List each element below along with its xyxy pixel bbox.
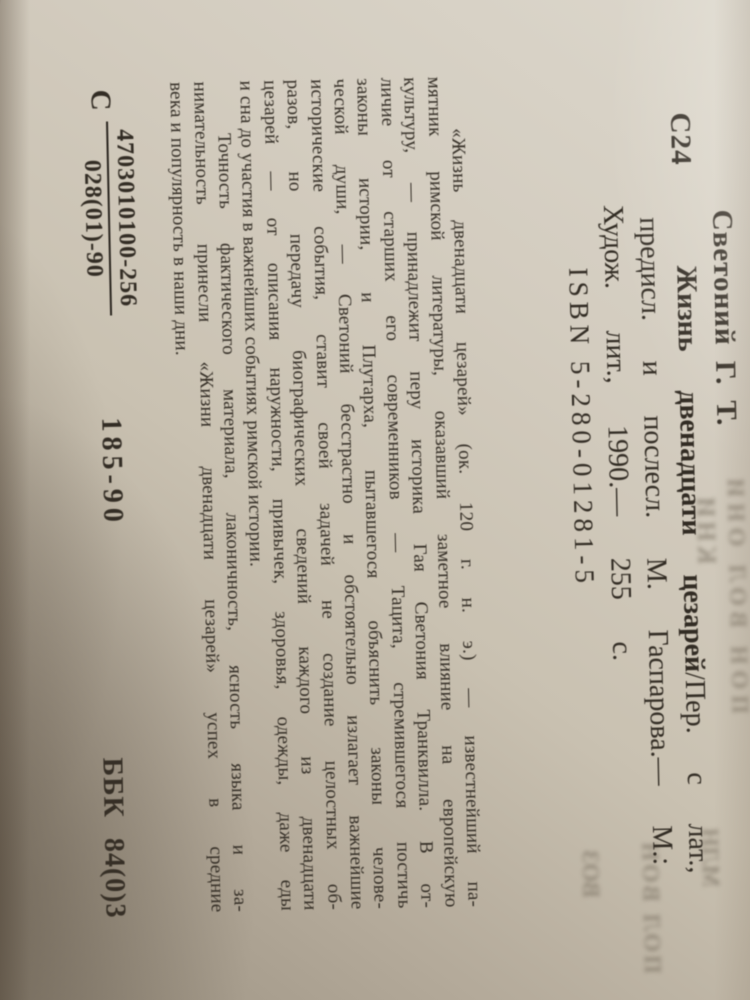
catalog-numerator: 4703010100-256 — [108, 121, 141, 316]
title-translation-note: /Пер. с лат., — [679, 672, 714, 874]
publication-line: Худож. лит., 1990.— 255 с. — [596, 205, 638, 662]
catalog-number-fraction: 4703010100-256 028(01)-90 — [77, 121, 141, 316]
page-content: ПОН ВОЛ ОНИ КНИ МЛН ПОЛ ВОН ВОЗ Светоний… — [0, 0, 750, 1000]
bbk-code: ББК 84(0)3 — [95, 757, 130, 919]
classification-code: С24 — [663, 112, 697, 166]
catalog-order-number: 185-90 — [94, 417, 128, 527]
book-page: ПОН ВОЛ ОНИ КНИ МЛН ПОЛ ВОН ВОЗ Светоний… — [0, 0, 750, 1000]
book-page-photo: ПОН ВОЛ ОНИ КНИ МЛН ПОЛ ВОН ВОЗ Светоний… — [0, 0, 750, 1000]
author-line: Светоний Г. Т. — [705, 209, 743, 426]
isbn-line: ISBN 5-280-01281-5 — [562, 267, 600, 588]
showthrough-text: ВОЗ — [575, 850, 603, 898]
book-title: Жизнь двенадцати цезарей — [670, 265, 710, 672]
annotation-block: «Жизнь двенадцати цезарей» (ок. 120 г. н… — [164, 76, 486, 913]
catalog-denominator: 028(01)-90 — [77, 122, 112, 317]
showthrough-text: ПОН ВОЛ ОНИ — [721, 472, 750, 714]
catalog-prefix: С — [83, 89, 116, 111]
